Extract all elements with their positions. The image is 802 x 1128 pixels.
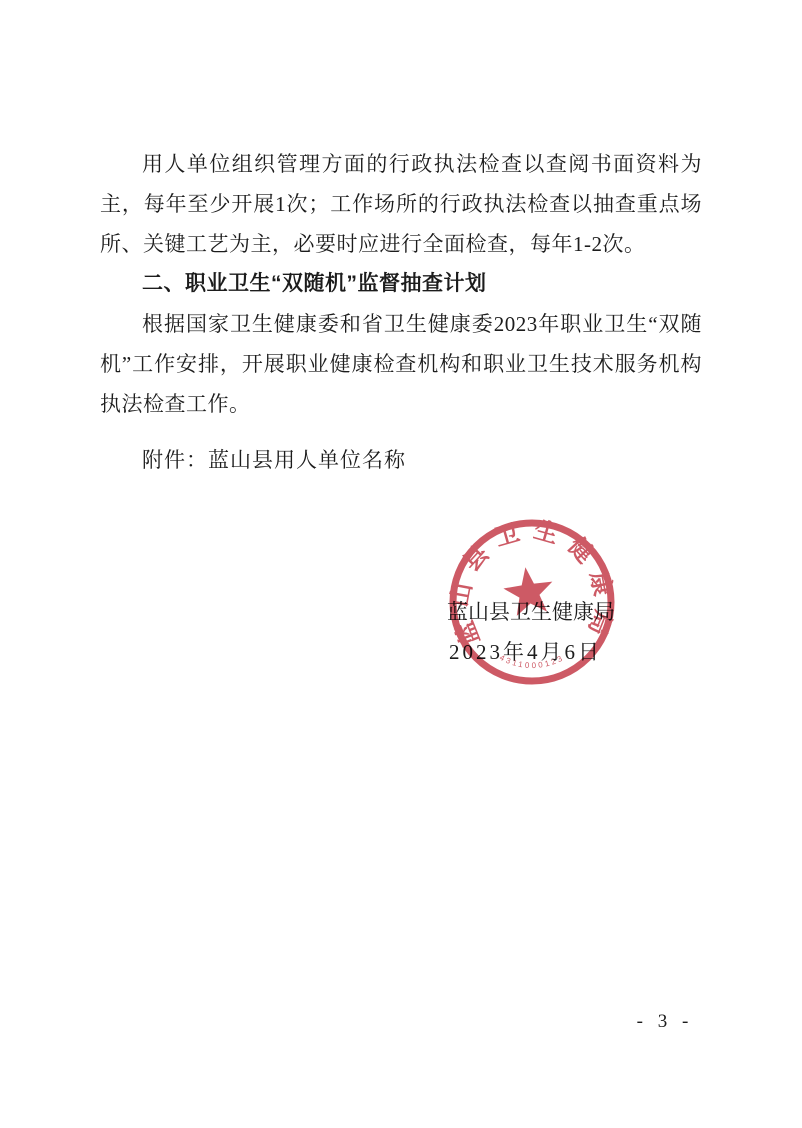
document-page: 用人单位组织管理方面的行政执法检查以查阅书面资料为主，每年至少开展1次；工作场所… [0,0,802,1128]
body-paragraph-2: 根据国家卫生健康委和省卫生健康委2023年职业卫生“双随机”工作安排，开展职业健… [100,304,702,424]
section-heading: 二、职业卫生“双随机”监督抽查计划 [100,264,702,304]
page-number: - 3 - [620,1002,710,1042]
signature-date: 2023年4月6日 [449,632,602,672]
signature-org: 蓝山县卫生健康局 [447,592,615,632]
attachment-line: 附件：蓝山县用人单位名称 [100,440,702,480]
body-paragraph-1: 用人单位组织管理方面的行政执法检查以查阅书面资料为主，每年至少开展1次；工作场所… [100,144,702,264]
document-body: 用人单位组织管理方面的行政执法检查以查阅书面资料为主，每年至少开展1次；工作场所… [100,144,702,480]
